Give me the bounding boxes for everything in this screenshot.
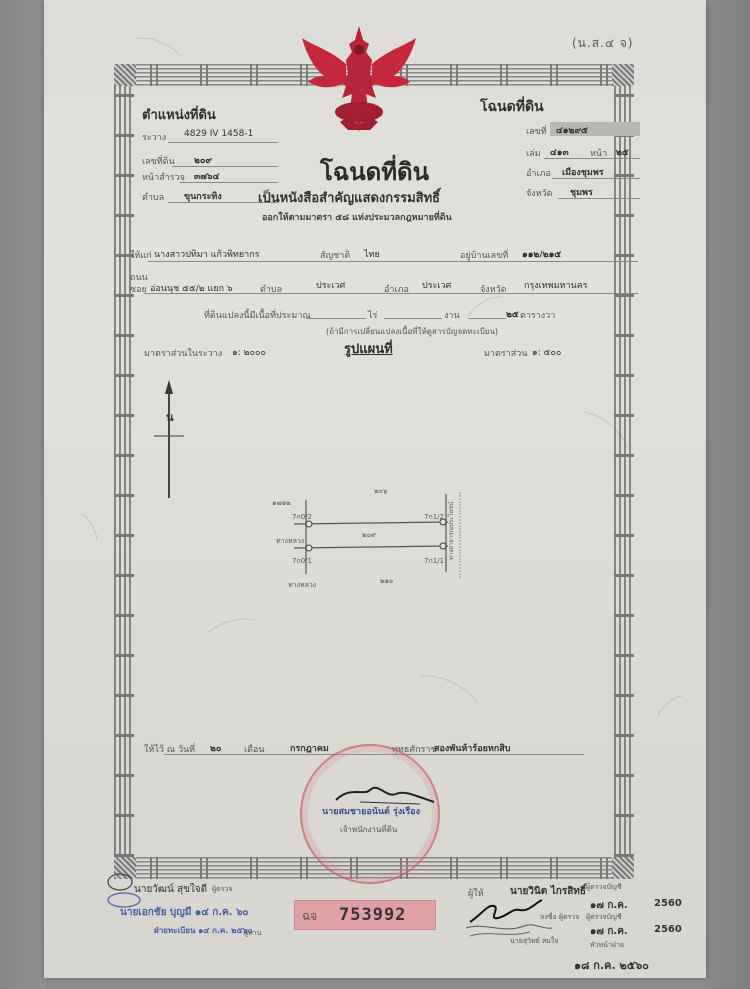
book-label: เล่ม xyxy=(526,146,541,160)
plan-heading: รูปแผนที่ xyxy=(344,338,393,359)
account-checker-label-2: ผู้ตรวจบัญชี xyxy=(586,912,622,923)
owner-label: ให้แก่ xyxy=(130,248,152,262)
border-left xyxy=(114,64,134,879)
reviewer-role: ผู้ทาน xyxy=(244,928,261,939)
field-underline xyxy=(552,178,640,179)
neighbor-south: ๒๑๐ xyxy=(380,576,393,587)
marker-sw: 7ก0/1 xyxy=(292,556,312,567)
map-scale-value: ๑: ๒๐๐๐ xyxy=(232,345,266,359)
neighbor-west: ทางหลวง xyxy=(276,536,304,547)
book-value: ๔๑๓ xyxy=(550,145,569,159)
map-sheet-value: 4829 IV 1458-1 xyxy=(184,129,253,139)
north-label: น xyxy=(166,408,174,426)
field-underline xyxy=(168,142,278,143)
owner-subdistrict-value: ประเวศ xyxy=(316,278,345,292)
area-note: (ถ้ามีการเปลี่ยนแปลงเนื้อที่ให้ดูสารบัญจ… xyxy=(326,325,498,338)
checker-line: ลงชื่อ ผู้ตรวจ xyxy=(540,912,579,923)
map-sheet-label: ระวาง xyxy=(142,130,166,144)
parcel-no-label: เลขที่ดิน xyxy=(142,154,175,168)
desk-background-right xyxy=(704,0,750,989)
province-value: ชุมพร xyxy=(570,185,593,199)
border-right xyxy=(614,64,634,879)
garuda-emblem-icon xyxy=(300,24,418,136)
nationality-label: สัญชาติ xyxy=(320,248,350,262)
check-year-2: 2560 xyxy=(654,924,682,935)
legal-basis: ออกให้ตามมาตรา ๕๘ แห่งประมวลกฎหมายที่ดิน xyxy=(262,210,452,224)
owner-province-value: กรุงเทพมหานคร xyxy=(524,278,588,292)
marker-ne: 7ก1/2 xyxy=(424,512,444,523)
marker-se: 7ก1/1 xyxy=(424,556,444,567)
area-label: ที่ดินแปลงนี้มีเนื้อที่ประมาณ xyxy=(204,308,311,322)
account-checker-label-1: ผู้ตรวจบัญชี xyxy=(586,882,622,893)
land-location-heading: ตำแหน่งที่ดิน xyxy=(142,104,216,125)
rai-blank xyxy=(306,318,366,319)
ngan-label: งาน xyxy=(444,308,460,322)
border-corner xyxy=(612,64,634,86)
wa-label: ตารางวา xyxy=(520,308,555,322)
address-label: อยู่บ้านเลขที่ xyxy=(460,248,508,262)
registrar-signature: นายเอกชัย บุญมี ๑๔ ก.ค. ๖๐ xyxy=(120,905,249,920)
issue-year: สองพันห้าร้อยหกสิบ xyxy=(434,741,510,755)
document-subtitle: เป็นหนังสือสำคัญแสดงกรรมสิทธิ์ xyxy=(258,187,440,208)
rai-label: ไร่ xyxy=(368,308,377,322)
serial-number: 753992 xyxy=(339,905,406,925)
ngan-blank xyxy=(384,318,442,319)
field-underline xyxy=(148,261,638,262)
field-underline xyxy=(180,182,278,183)
check-date-1: ๑๗ ก.ค. xyxy=(590,898,628,913)
neighbor-south-west: ทางหลวง xyxy=(288,580,316,591)
neighbor-north: ๒๐๖ xyxy=(374,486,387,497)
plan-scale-label: มาตราส่วน xyxy=(484,346,527,360)
district-value: เมืองชุมพร xyxy=(562,165,604,179)
owner-district-value: ประเวศ xyxy=(422,278,451,292)
border-corner xyxy=(114,64,136,86)
serial-prefix: ฉจ xyxy=(302,907,317,926)
issue-day: ๒๐ xyxy=(210,741,221,755)
field-underline xyxy=(544,158,640,159)
desk-background-left xyxy=(0,0,46,989)
section-head-name: นายสุวิทย์ สมใจ xyxy=(510,936,558,947)
field-underline xyxy=(172,166,278,167)
north-arrow-icon xyxy=(154,380,184,500)
check-date-2: ๑๗ ก.ค. xyxy=(590,924,628,939)
wa-blank xyxy=(468,318,506,319)
deed-number-label: เลขที่ xyxy=(526,124,547,138)
subdistrict-value: ขุนกระทิง xyxy=(184,189,222,203)
parcel-no-value: ๒๐๙ xyxy=(194,153,212,167)
border-corner xyxy=(612,857,634,879)
wa-value: ๒๕ xyxy=(506,307,519,321)
official-role: เจ้าพนักงานที่ดิน xyxy=(340,823,397,836)
section-head-role: หัวหน้าฝ่าย xyxy=(590,940,624,951)
nationality-value: ไทย xyxy=(364,247,380,261)
survey-page-value: ๓๗๖๔ xyxy=(194,169,219,183)
public-way-label: ทางสาธารณประโยชน์ xyxy=(446,502,456,560)
issue-month: กรกฎาคม xyxy=(290,741,329,755)
final-date: ๑๘ ก.ค. ๒๕๖๐ xyxy=(574,956,649,974)
check-year-1: 2560 xyxy=(654,898,682,909)
form-code: (น.ส.๔ จ) xyxy=(572,34,633,53)
subdistrict-label: ตำบล xyxy=(142,190,164,204)
deed-heading: โฉนดที่ดิน xyxy=(480,96,544,118)
plan-scale-value: ๑: ๕๐๐ xyxy=(532,345,561,359)
owner-name: นางสาวปทิมา แก้วพิทยากร xyxy=(154,247,259,261)
inspector-name: นายวัฒน์ สุขใจดี xyxy=(134,882,207,897)
marker-nw: 7ก0/2 xyxy=(292,512,312,523)
parcel-number-label: ๒๐๙ xyxy=(362,530,376,541)
page-value: ๒๕ xyxy=(616,145,629,159)
paper-fiber xyxy=(652,690,697,733)
inspector-role: ผู้ตรวจ xyxy=(212,884,232,895)
registry-stamp: ฝ่ายทะเบียน ๑๔ ก.ค. ๒๕๖๐ xyxy=(154,924,252,937)
district-label: อำเภอ xyxy=(526,166,551,180)
neighbor-west-top: ๑๗๑๒ xyxy=(272,498,291,509)
field-underline xyxy=(558,198,640,199)
document-title: โฉนดที่ดิน xyxy=(320,152,429,191)
land-title-deed: (น.ส.๔ จ) ตำแหน่งที่ดิน ระวาง 4829 IV 14… xyxy=(44,0,706,978)
address-number: ๑๑๒/๒๑๕ xyxy=(522,247,561,261)
survey-page-label: หน้าสำรวจ xyxy=(142,170,185,184)
map-scale-label: มาตราส่วนในระวาง xyxy=(144,346,222,360)
paper-fiber xyxy=(65,508,102,553)
deed-number-value: ๔๑๒๙๕ xyxy=(556,123,588,137)
official-name: นายสมชายอนันต์ รุ่งเรือง xyxy=(322,804,420,818)
field-underline xyxy=(144,293,638,294)
province-label: จังหวัด xyxy=(526,186,553,200)
